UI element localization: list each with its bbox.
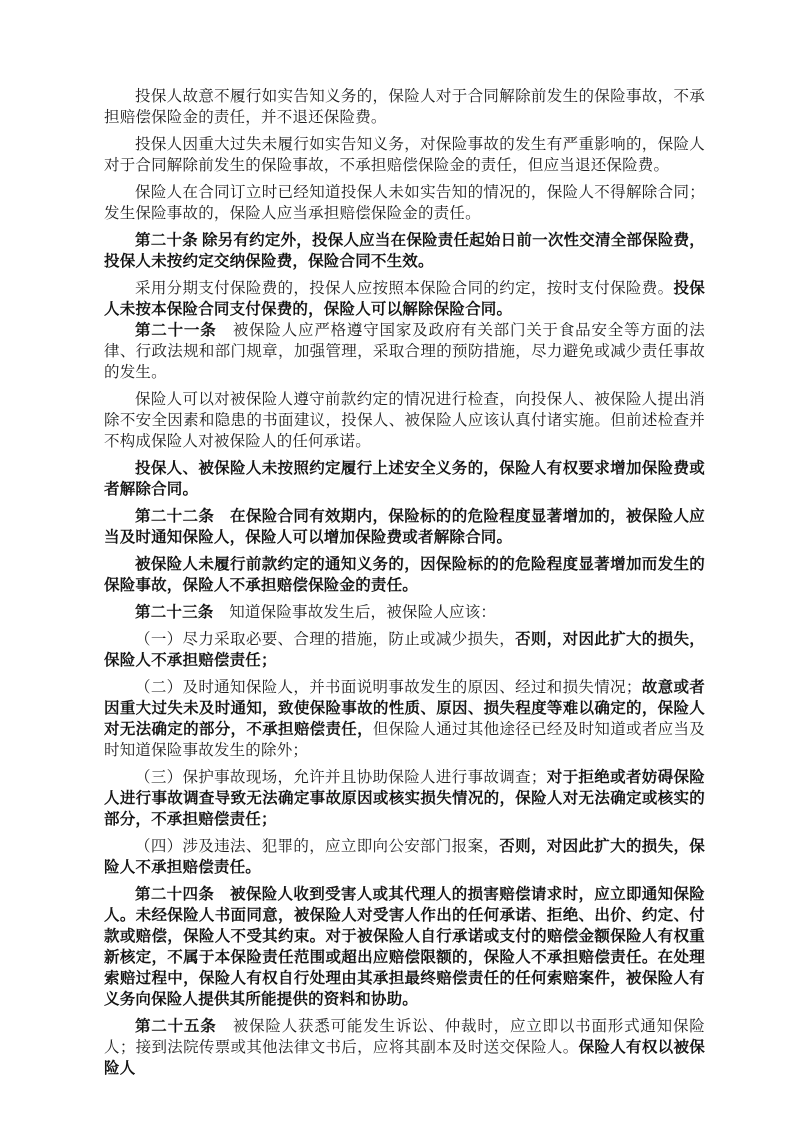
paragraph: 第二十二条 在保险合同有效期内，保险标的的危险程度显著增加的，被保险人应当及时通…	[104, 506, 705, 548]
paragraph: （四）涉及违法、犯罪的，应立即向公安部门报案，否则，对因此扩大的损失，保险人不承…	[104, 836, 705, 878]
text-segment: 采用分期支付保险费的，投保人应按照本保险合同的约定，按时支付保险费。	[135, 280, 673, 297]
paragraph: 保险人可以对被保险人遵守前款约定的情况进行检查，向投保人、被保险人提出消除不安全…	[104, 389, 705, 452]
text-segment: 第二十四条 被保险人收到受害人或其代理人的损害赔偿请求时，应立即通知保险人。未经…	[104, 886, 705, 1008]
text-segment: （一）尽力采取必要、合理的措施，防止或减少损失，	[135, 631, 515, 648]
text-segment: （四）涉及违法、犯罪的，应立即向公安部门报案，	[135, 838, 499, 855]
document-page: 投保人故意不履行如实告知义务的，保险人对于合同解除前发生的保险事故，不承担赔偿保…	[0, 0, 800, 1132]
text-segment: 保险人在合同订立时已经知道投保人未如实告知的情况的，保险人不得解除合同；发生保险…	[104, 184, 705, 222]
text-segment: （二）及时通知保险人，并书面说明事故发生的原因、经过和损失情况；	[135, 679, 642, 696]
paragraph: 第二十五条 被保险人获悉可能发生诉讼、仲裁时，应立即以书面形式通知保险人；接到法…	[104, 1016, 705, 1079]
paragraph: 投保人故意不履行如实告知义务的，保险人对于合同解除前发生的保险事故，不承担赔偿保…	[104, 86, 705, 128]
paragraph: 采用分期支付保险费的，投保人应按照本保险合同的约定，按时支付保险费。投保人未按本…	[104, 278, 705, 320]
text-segment: 投保人因重大过失未履行如实告知义务，对保险事故的发生有严重影响的，保险人对于合同…	[104, 136, 705, 174]
text-segment: 第二十条 除另有约定外，投保人应当在保险责任起始日前一次性交清全部保险费，投保人…	[104, 232, 705, 270]
text-segment: 被保险人未履行前款约定的通知义务的，因保险标的的危险程度显著增加而发生的保险事故…	[104, 556, 705, 594]
paragraph: （三）保护事故现场，允许并且协助保险人进行事故调查；对于拒绝或者妨碍保险人进行事…	[104, 767, 705, 830]
paragraph: 第二十四条 被保险人收到受害人或其代理人的损害赔偿请求时，应立即通知保险人。未经…	[104, 884, 705, 1010]
paragraph: 被保险人未履行前款约定的通知义务的，因保险标的的危险程度显著增加而发生的保险事故…	[104, 554, 705, 596]
text-segment: 投保人、被保险人未按照约定履行上述安全义务的，保险人有权要求增加保险费或者解除合…	[104, 460, 705, 498]
text-segment: 第二十二条 在保险合同有效期内，保险标的的危险程度显著增加的，被保险人应当及时通…	[104, 508, 705, 546]
paragraph: 第二十三条 知道保险事故发生后，被保险人应该：	[104, 602, 705, 623]
paragraph: 投保人、被保险人未按照约定履行上述安全义务的，保险人有权要求增加保险费或者解除合…	[104, 458, 705, 500]
paragraph: （二）及时通知保险人，并书面说明事故发生的原因、经过和损失情况；故意或者因重大过…	[104, 677, 705, 761]
paragraph: 投保人因重大过失未履行如实告知义务，对保险事故的发生有严重影响的，保险人对于合同…	[104, 134, 705, 176]
text-segment: 第二十一条	[135, 322, 217, 339]
text-segment: 第二十五条	[135, 1018, 217, 1035]
paragraph: （一）尽力采取必要、合理的措施，防止或减少损失，否则，对因此扩大的损失，保险人不…	[104, 629, 705, 671]
text-segment: 知道保险事故发生后，被保险人应该：	[214, 604, 497, 621]
paragraph: 保险人在合同订立时已经知道投保人未如实告知的情况的，保险人不得解除合同；发生保险…	[104, 182, 705, 224]
document-body: 投保人故意不履行如实告知义务的，保险人对于合同解除前发生的保险事故，不承担赔偿保…	[104, 86, 705, 1079]
paragraph: 第二十一条 被保险人应严格遵守国家及政府有关部门关于食品安全等方面的法律、行政法…	[104, 320, 705, 383]
text-segment: 保险人可以对被保险人遵守前款约定的情况进行检查，向投保人、被保险人提出消除不安全…	[104, 391, 705, 450]
text-segment: 投保人故意不履行如实告知义务的，保险人对于合同解除前发生的保险事故，不承担赔偿保…	[104, 88, 705, 126]
text-segment: 第二十三条	[135, 604, 214, 621]
paragraph: 第二十条 除另有约定外，投保人应当在保险责任起始日前一次性交清全部保险费，投保人…	[104, 230, 705, 272]
text-segment: （三）保护事故现场，允许并且协助保险人进行事故调查；	[135, 769, 547, 786]
